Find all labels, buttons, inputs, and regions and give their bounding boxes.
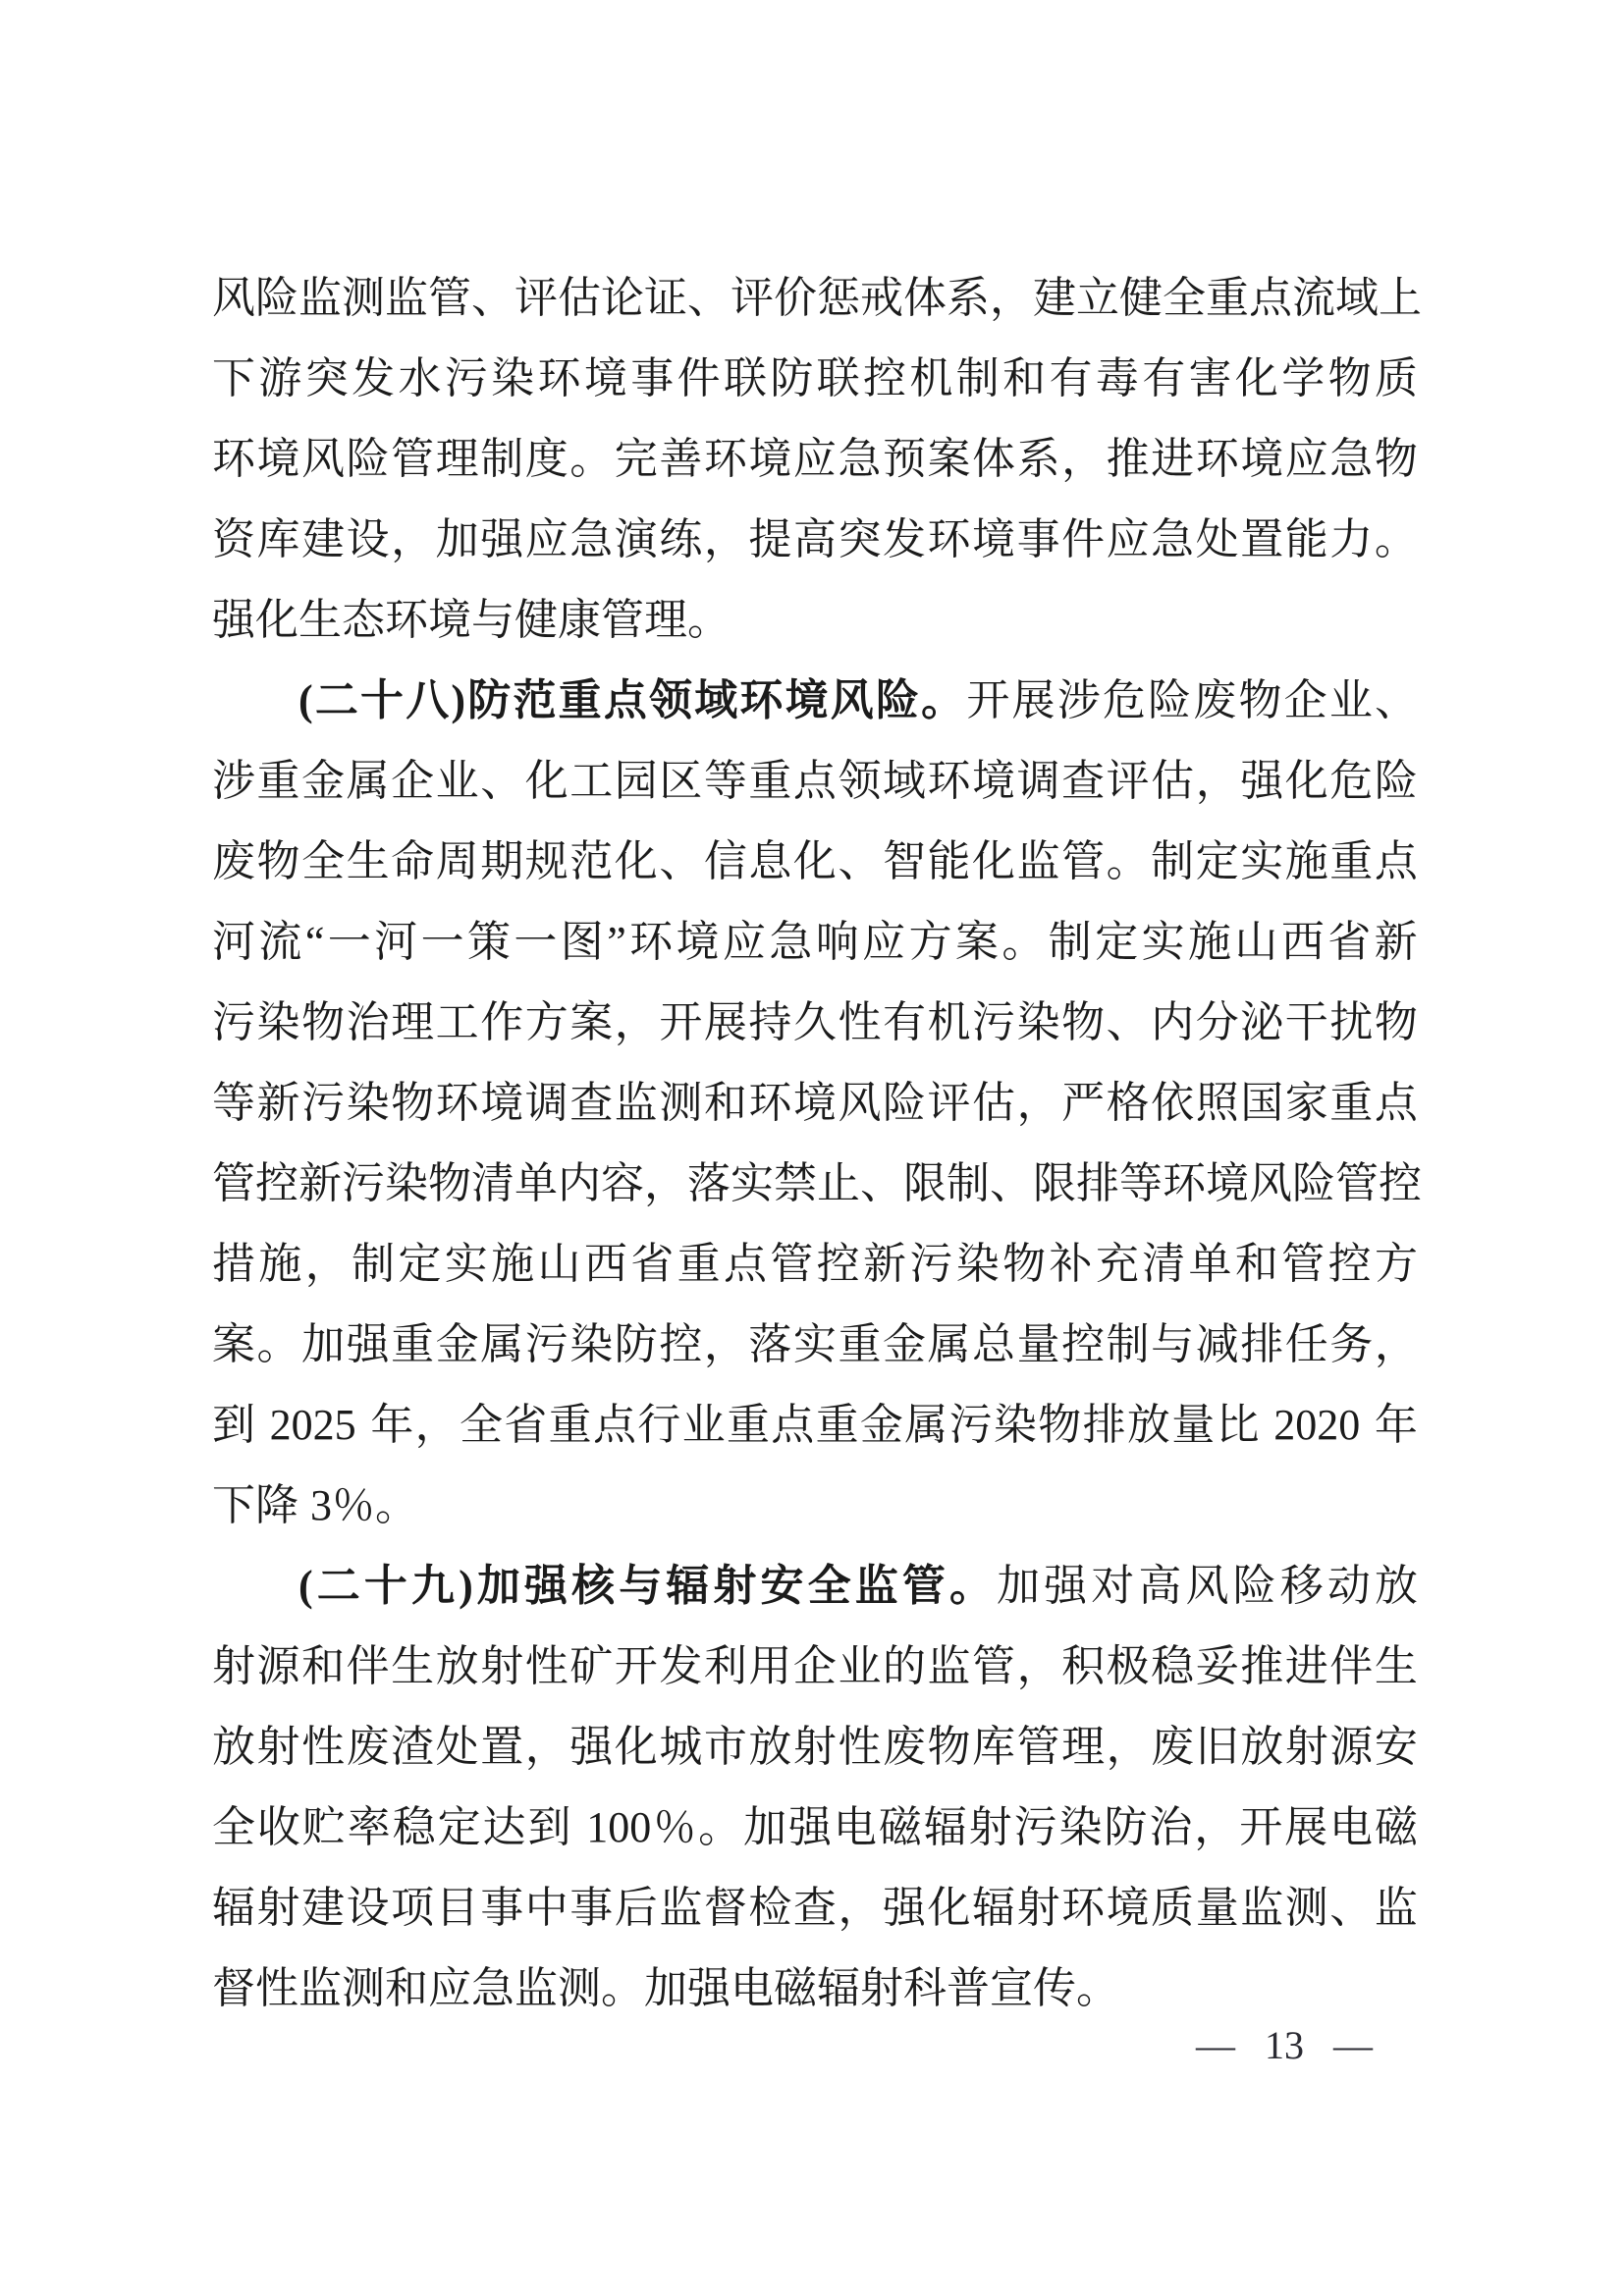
text-line: 放射性废渣处置，强化城市放射性废物库管理，废旧放射源安 — [212, 1707, 1418, 1788]
document-body: 风险监测监管、评估论证、评价惩戒体系，建立健全重点流域上下游突发水污染环境事件联… — [212, 258, 1418, 2029]
paragraph-section-28: (二十八)防范重点领域环境风险。开展涉危险废物企业、涉重金属企业、化工园区等重点… — [212, 661, 1418, 1546]
text-line: 督性监测和应急监测。加强电磁辐射科普宣传。 — [212, 1949, 1418, 2029]
footer-dash-left: — — [1196, 2026, 1235, 2065]
text-line: 强化生态环境与健康管理。 — [212, 580, 1418, 661]
text-line: (二十八)防范重点领域环境风险。开展涉危险废物企业、 — [212, 661, 1418, 741]
text-line: 等新污染物环境调查监测和环境风险评估，严格依照国家重点 — [212, 1063, 1418, 1144]
text-line: 环境风险管理制度。完善环境应急预案体系，推进环境应急物 — [212, 419, 1418, 500]
footer-dash-right: — — [1333, 2026, 1373, 2065]
text-line: 废物全生命周期规范化、信息化、智能化监管。制定实施重点 — [212, 822, 1418, 902]
text-line: 辐射建设项目事中事后监督检查，强化辐射环境质量监测、监 — [212, 1868, 1418, 1949]
text-line: 涉重金属企业、化工园区等重点领域环境调查评估，强化危险 — [212, 741, 1418, 822]
text-line: 资库建设，加强应急演练，提高突发环境事件应急处置能力。 — [212, 500, 1418, 580]
paragraph-continuation: 风险监测监管、评估论证、评价惩戒体系，建立健全重点流域上下游突发水污染环境事件联… — [212, 258, 1418, 661]
paragraph-section-29: (二十九)加强核与辐射安全监管。加强对高风险移动放射源和伴生放射性矿开发利用企业… — [212, 1546, 1418, 2029]
page-footer: — 13 — — [1196, 2026, 1373, 2065]
text-line: 措施，制定实施山西省重点管控新污染物补充清单和管控方 — [212, 1224, 1418, 1305]
page-number: 13 — [1265, 2026, 1304, 2065]
text-line: 案。加强重金属污染防控，落实重金属总量控制与减排任务， — [212, 1305, 1418, 1385]
text-line: 污染物治理工作方案，开展持久性有机污染物、内分泌干扰物 — [212, 983, 1418, 1063]
text-line: 全收贮率稳定达到100％。加强电磁辐射污染防治，开展电磁 — [212, 1788, 1418, 1868]
text-line: 下游突发水污染环境事件联防联控机制和有毒有害化学物质 — [212, 339, 1418, 419]
page: 风险监测监管、评估论证、评价惩戒体系，建立健全重点流域上下游突发水污染环境事件联… — [0, 0, 1624, 2296]
text-line: 射源和伴生放射性矿开发利用企业的监管，积极稳妥推进伴生 — [212, 1627, 1418, 1707]
text-line: 下降3％。 — [212, 1466, 1418, 1546]
text-line: 到2025年，全省重点行业重点重金属污染物排放量比2020年 — [212, 1385, 1418, 1466]
text-line: 管控新污染物清单内容，落实禁止、限制、限排等环境风险管控 — [212, 1144, 1418, 1224]
text-line: 风险监测监管、评估论证、评价惩戒体系，建立健全重点流域上 — [212, 258, 1418, 339]
text-line: (二十九)加强核与辐射安全监管。加强对高风险移动放 — [212, 1546, 1418, 1627]
text-line: 河流“一河一策一图”环境应急响应方案。制定实施山西省新 — [212, 902, 1418, 983]
